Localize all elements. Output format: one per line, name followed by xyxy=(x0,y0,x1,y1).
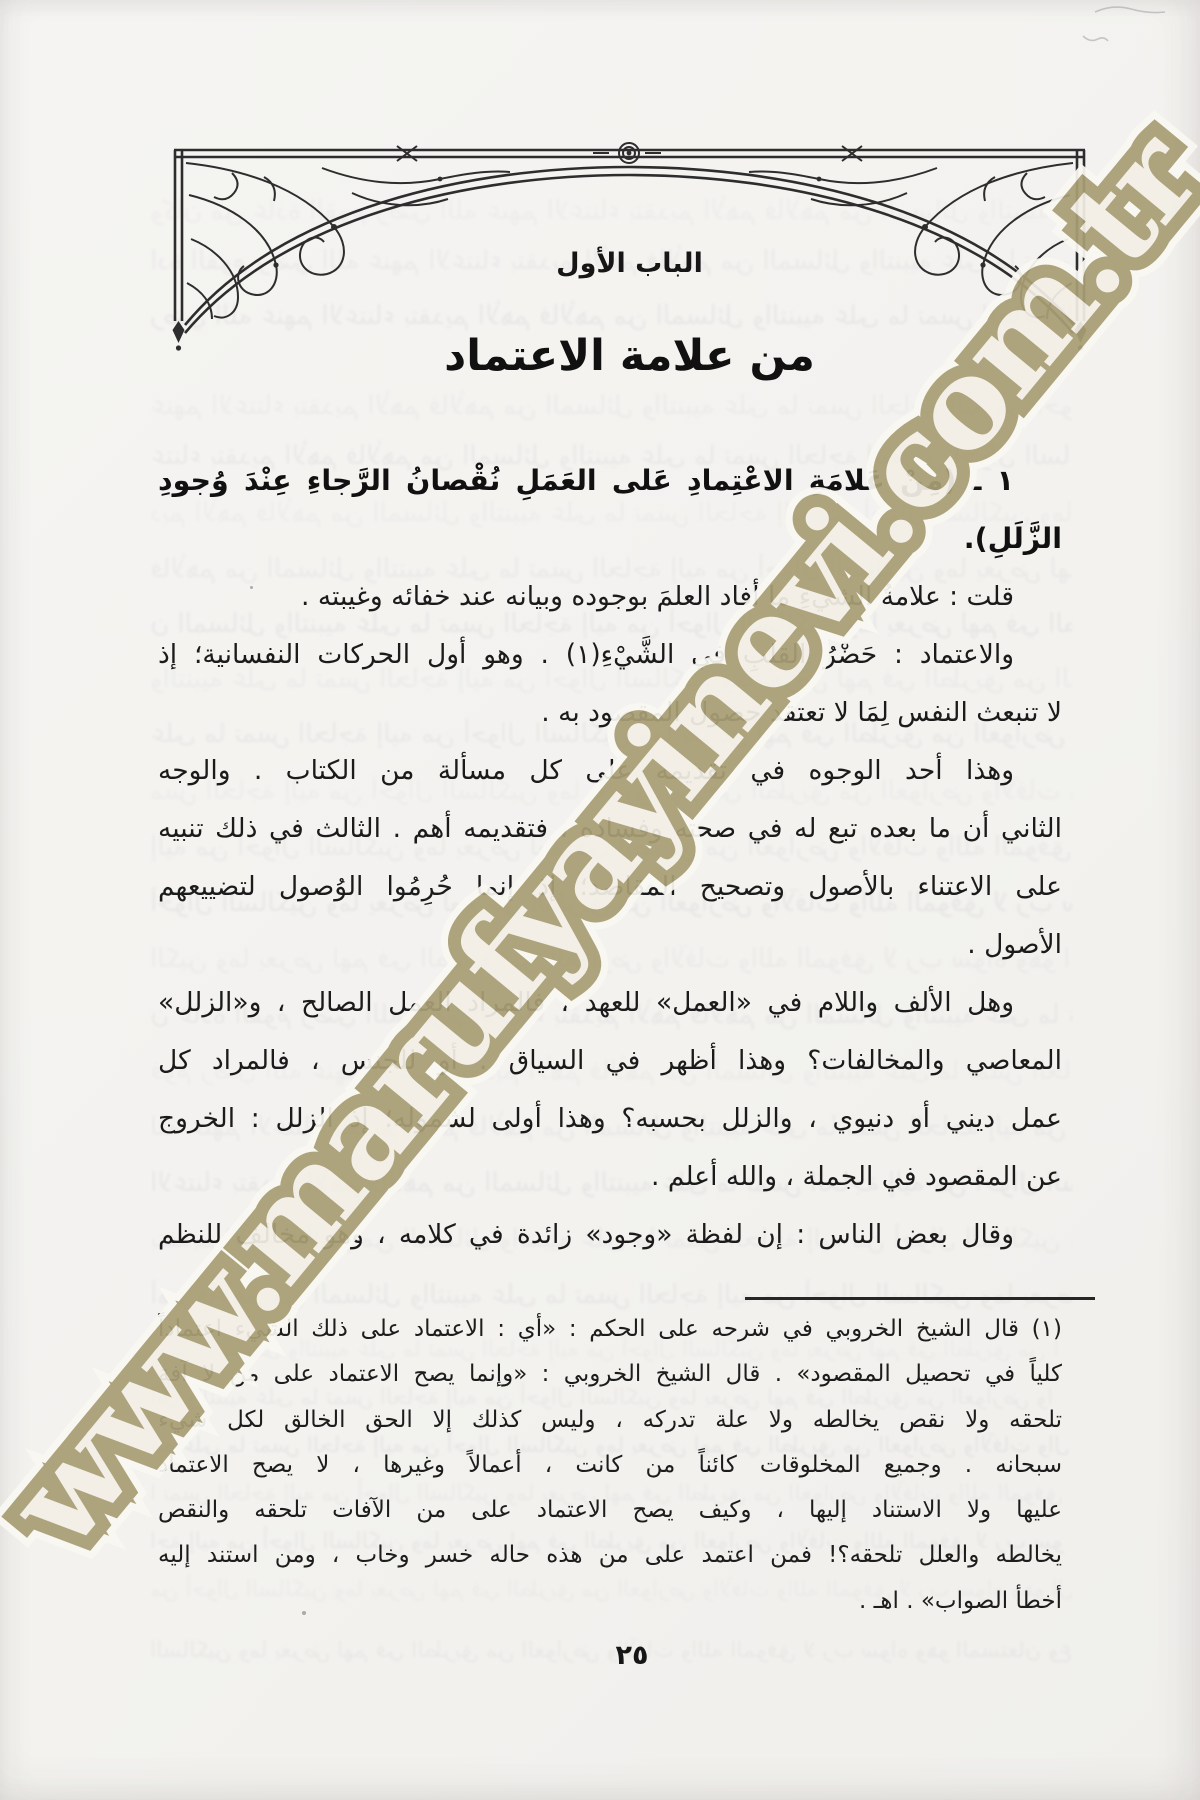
page-number: ٢٥ xyxy=(616,1640,649,1671)
body-line: لا تنبعث النفس لِمَا لا تعتقد حصول المقص… xyxy=(158,684,1062,742)
body-line: على الاعتناء بالأصول وتصحيح المقاصد؛ إذ … xyxy=(158,858,1062,916)
scan-speck xyxy=(302,1611,306,1615)
body-line: والاعتماد : حَضْرُ القلبِ في الشَّيْءِ(١… xyxy=(158,626,1062,684)
footnote-line: سبحانه . وجميع المخلوقات كائناً من كانت … xyxy=(158,1443,1062,1488)
show-through-line: عنهم الاعتناء بتقديم الأهم فالأهم من الم… xyxy=(150,390,1072,422)
footnote-text: (١) قال الشيخ الخروبي في شرحه على الحكم … xyxy=(158,1307,1062,1624)
show-through-line: السالكين وما يعرض لهم في الطريق من العوا… xyxy=(150,1635,1072,1667)
chapter-label: الباب الأول xyxy=(172,246,1087,282)
footnote-line: (١) قال الشيخ الخروبي في شرحه على الحكم … xyxy=(158,1307,1062,1352)
body-line: عن المقصود في الجملة ، والله أعلم . xyxy=(158,1148,1062,1206)
book-page: وكان من عادة القوم رضي الله عنهم الاعتنا… xyxy=(0,0,1200,1800)
body-line: قلت : علامةُ الشيءِ ما أفاد العلمَ بوجود… xyxy=(158,568,1062,626)
body-line: المعاصي والمخالفات؟ وهذا أظهر في السياق … xyxy=(158,1032,1062,1090)
body-text: ١ ـ (مِنْ عَلامَةِ الاعْتِمادِ عَلى العَ… xyxy=(158,452,1062,1264)
body-line: وهل الألف واللام في «العمل» للعهد ، فالم… xyxy=(158,974,1062,1032)
body-line: الأصول . xyxy=(158,916,1062,974)
scan-speck xyxy=(250,586,253,589)
body-line: ١ ـ (مِنْ عَلامَةِ الاعْتِمادِ عَلى العَ… xyxy=(158,452,1062,510)
body-line: الزَّلَلِ). xyxy=(158,510,1062,568)
footnote-line: يخالطه والعلل تلحقه؟! فمن اعتمد على من ه… xyxy=(158,1533,1062,1578)
body-line: الثاني أن ما بعده تبع له في صحته وفساده … xyxy=(158,800,1062,858)
body-line: عمل ديني أو دنيوي ، والزلل بحسبه؟ وهذا أ… xyxy=(158,1090,1062,1148)
corner-pencil-marks xyxy=(1055,2,1195,62)
footnote-separator xyxy=(745,1297,1095,1300)
footnote-line: تلحقه ولا نقص يخالطه ولا علة تدركه ، ولي… xyxy=(158,1398,1062,1443)
body-line: وهذا أحد الوجوه في تقديمه على كل مسألة م… xyxy=(158,742,1062,800)
footnote-line: كلياً في تحصيل المقصود» . قال الشيخ الخر… xyxy=(158,1352,1062,1397)
body-line: وقال بعض الناس : إن لفظة «وجود» زائدة في… xyxy=(158,1206,1062,1264)
page-title: من علامة الاعتماد xyxy=(172,330,1087,382)
footnote-line: عليها ولا الاستناد إليها ، وكيف يصح الاع… xyxy=(158,1488,1062,1533)
footnote-line: أخطأ الصواب» . اهـ . xyxy=(158,1579,1062,1624)
